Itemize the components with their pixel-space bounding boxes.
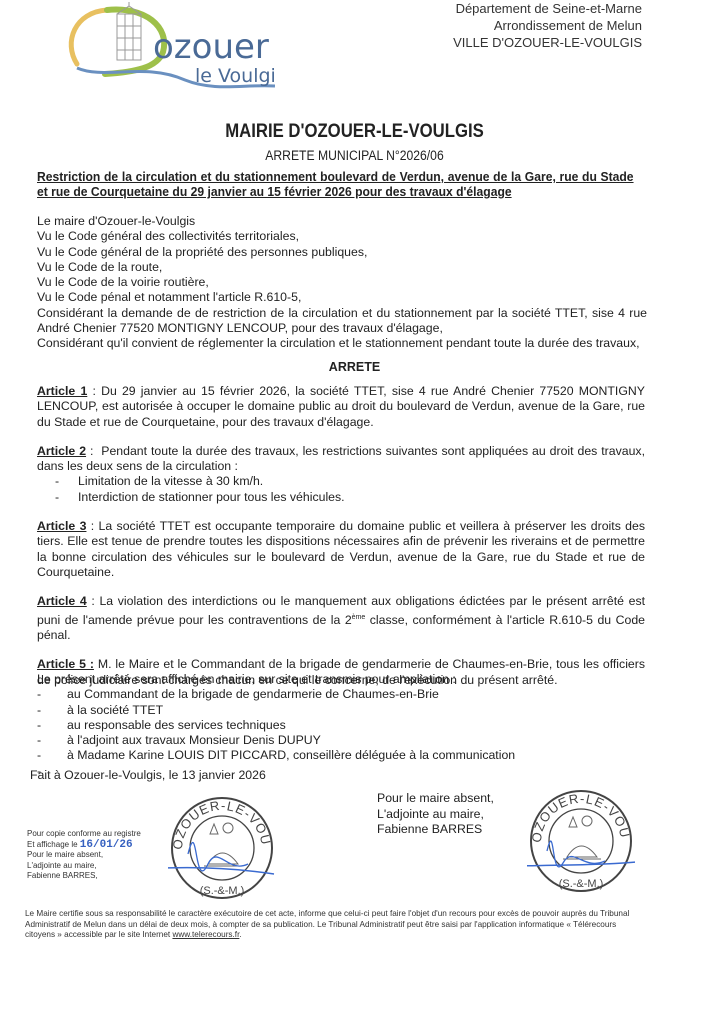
list-item: Interdiction de stationner pour tous les… [55, 490, 645, 505]
signature-line: L'adjointe au maire, [377, 807, 494, 823]
stamp-bottom-text: (S.-&-M.) [559, 878, 604, 890]
article-label: Article 4 [37, 594, 87, 608]
logo-text-line1: ozouer [153, 27, 269, 67]
logo-text-line2: le Voulgis [195, 65, 275, 87]
ampliation-section: Le présent arrêté sera affiché en mairie… [37, 672, 647, 779]
footer-end: . [239, 930, 241, 939]
svg-text:OZOUER-LE-VOULGIS: OZOUER-LE-VOULGIS [168, 794, 274, 850]
visa-line: Vu le Code pénal et notamment l'article … [37, 290, 647, 305]
article-label: Article 5 : [37, 657, 94, 671]
footer-text: Le Maire certifie sous sa responsabilité… [25, 909, 629, 939]
copie-affichage-line: Et affichage le 16/01/26 [27, 840, 141, 851]
list-item: au responsable des services techniques [37, 718, 647, 733]
ampliation-intro: Le présent arrêté sera affiché en mairie… [37, 672, 647, 687]
considerant-line: Considérant qu'il convient de réglemente… [37, 336, 647, 351]
copie-line: Fabienne BARRES, [27, 871, 141, 882]
signature-line: Pour le maire absent, [377, 791, 494, 807]
legal-footer: Le Maire certifie sous sa responsabilité… [25, 909, 645, 941]
article-2: Article 2 : Pendant toute la durée des t… [37, 444, 645, 505]
article-3: Article 3 : La société TTET est occupant… [37, 519, 645, 580]
article-separator: : [86, 444, 101, 458]
telerecours-link[interactable]: www.telerecours.fr [172, 930, 239, 939]
stamp-top-text: OZOUER-LE-VOULGIS [527, 787, 633, 843]
visa-line: Vu le Code de la voirie routière, [37, 275, 647, 290]
arrete-heading: ARRETE [0, 360, 709, 374]
affichage-date: 16/01/26 [80, 839, 133, 851]
ampliation-list: au Commandant de la brigade de gendarmer… [37, 687, 647, 779]
copie-affichage-label: Et affichage le [27, 840, 78, 849]
signatory-name: Fabienne BARRES [377, 822, 494, 838]
article-separator: : [86, 519, 98, 533]
visa-line: Vu le Code général des collectivités ter… [37, 229, 647, 244]
copie-line: L'adjointe au maire, [27, 861, 141, 872]
restrictions-list: Limitation de la vitesse à 30 km/h. Inte… [37, 474, 645, 505]
article-4: Article 4 : La violation des interdictio… [37, 594, 645, 643]
town-logo: ozouer le Voulgis [45, 2, 275, 92]
article-text: Pendant toute la durée des travaux, les … [37, 444, 645, 473]
list-item: à Madame Karine LOUIS DIT PICCARD, conse… [37, 748, 647, 763]
article-text: Du 29 janvier au 15 février 2026, la soc… [37, 384, 645, 429]
visa-line: Vu le Code de la route, [37, 260, 647, 275]
ordinal-superscript: ème [352, 614, 366, 621]
article-separator: : [87, 384, 101, 398]
header-ville: VILLE D'OZOUER-LE-VOULGIS [453, 34, 642, 51]
article-label: Article 3 [37, 519, 86, 533]
arrete-subject: Restriction de la circulation et du stat… [37, 170, 634, 200]
official-stamp-icon: OZOUER-LE-VOULGIS (S.-&-M.) [168, 794, 276, 902]
administrative-header: Département de Seine-et-Marne Arrondisse… [453, 0, 642, 51]
list-item: au Commandant de la brigade de gendarmer… [37, 687, 647, 702]
considerant-line: Considérant la demande de de restriction… [37, 306, 647, 337]
stamp-bottom-text: (S.-&-M.) [200, 885, 245, 897]
article-label: Article 1 [37, 384, 87, 398]
article-text: La société TTET est occupante temporaire… [37, 519, 645, 579]
article-separator: : [87, 594, 100, 608]
visas-section: Le maire d'Ozouer-le-Voulgis Vu le Code … [37, 214, 647, 352]
official-stamp-icon: OZOUER-LE-VOULGIS (S.-&-M.) [527, 787, 635, 895]
list-item: à la société TTET [37, 703, 647, 718]
visa-line: Le maire d'Ozouer-le-Voulgis [37, 214, 647, 229]
list-item: Limitation de la vitesse à 30 km/h. [55, 474, 645, 489]
header-department: Département de Seine-et-Marne [453, 0, 642, 17]
arrete-number: ARRETE MUNICIPAL N°2026/06 [35, 148, 673, 163]
marianne-emblem-icon [563, 816, 601, 859]
header-arrondissement: Arrondissement de Melun [453, 17, 642, 34]
copie-line: Pour le maire absent, [27, 850, 141, 861]
copie-conforme-block: Pour copie conforme au registre Et affic… [27, 829, 141, 882]
fait-a-line: Fait à Ozouer-le-Voulgis, le 13 janvier … [30, 768, 266, 782]
stamp-top-text: OZOUER-LE-VOULGIS [168, 794, 274, 850]
svg-text:OZOUER-LE-VOULGIS: OZOUER-LE-VOULGIS [527, 787, 633, 843]
article-1: Article 1 : Du 29 janvier au 15 février … [37, 384, 645, 430]
visa-line: Vu le Code général de la propriété des p… [37, 245, 647, 260]
list-item: à l'adjoint aux travaux Monsieur Denis D… [37, 733, 647, 748]
signature-block: Pour le maire absent, L'adjointe au mair… [377, 791, 494, 838]
article-label: Article 2 [37, 444, 86, 458]
document-title: MAIRIE D'OZOUER-LE-VOULGIS [43, 121, 667, 143]
articles-section: Article 1 : Du 29 janvier au 15 février … [37, 384, 645, 702]
